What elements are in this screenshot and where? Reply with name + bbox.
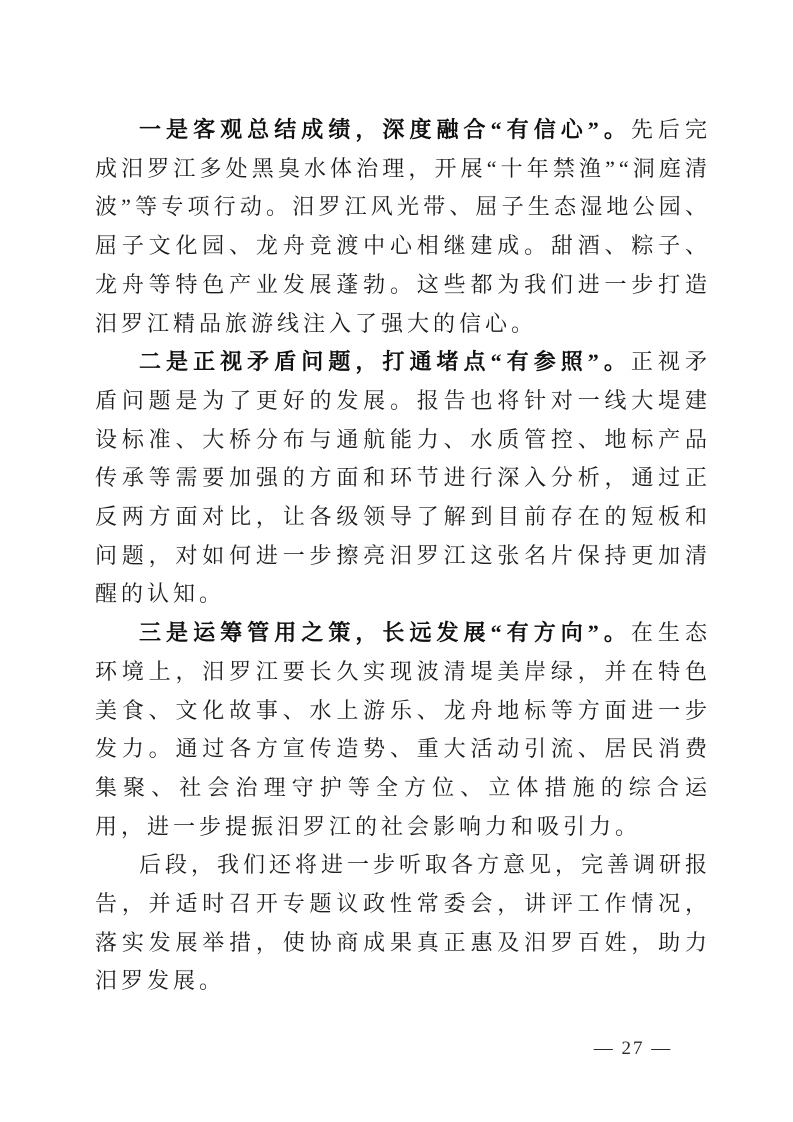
paragraph-body: 正视矛盾问题是为了更好的发展。报告也将针对一线大堤建设标准、大桥分布与通航能力、…	[95, 349, 711, 606]
paragraph-body: 先后完成汨罗江多处黑臭水体治理，开展“十年禁渔”“洞庭清波”等专项行动。汨罗江风…	[95, 117, 711, 336]
paragraph-lead: 二是正视矛盾问题，打通堵点“有参照”。	[139, 349, 631, 374]
document-page: 一是客观总结成绩，深度融合“有信心”。先后完成汨罗江多处黑臭水体治理，开展“十年…	[0, 0, 793, 1122]
paragraph: 二是正视矛盾问题，打通堵点“有参照”。正视矛盾问题是为了更好的发展。报告也将针对…	[95, 343, 711, 614]
paragraph-body: 后段，我们还将进一步听取各方意见，完善调研报告，并适时召开专题议政性常委会，讲评…	[95, 852, 711, 993]
paragraph-lead: 一是客观总结成绩，深度融合“有信心”。	[139, 117, 631, 142]
paragraph: 三是运筹管用之策，长远发展“有方向”。在生态环境上，汨罗江要长久实现波清堤美岸绿…	[95, 614, 711, 846]
paragraph: 一是客观总结成绩，深度融合“有信心”。先后完成汨罗江多处黑臭水体治理，开展“十年…	[95, 111, 711, 343]
paragraph-body: 在生态环境上，汨罗江要长久实现波清堤美岸绿，并在特色美食、文化故事、水上游乐、龙…	[95, 620, 711, 839]
paragraph-lead: 三是运筹管用之策，长远发展“有方向”。	[139, 620, 631, 645]
paragraph: 后段，我们还将进一步听取各方意见，完善调研报告，并适时召开专题议政性常委会，讲评…	[95, 846, 711, 1001]
document-body: 一是客观总结成绩，深度融合“有信心”。先后完成汨罗江多处黑臭水体治理，开展“十年…	[95, 111, 711, 1001]
page-number: — 27 —	[573, 1038, 693, 1060]
